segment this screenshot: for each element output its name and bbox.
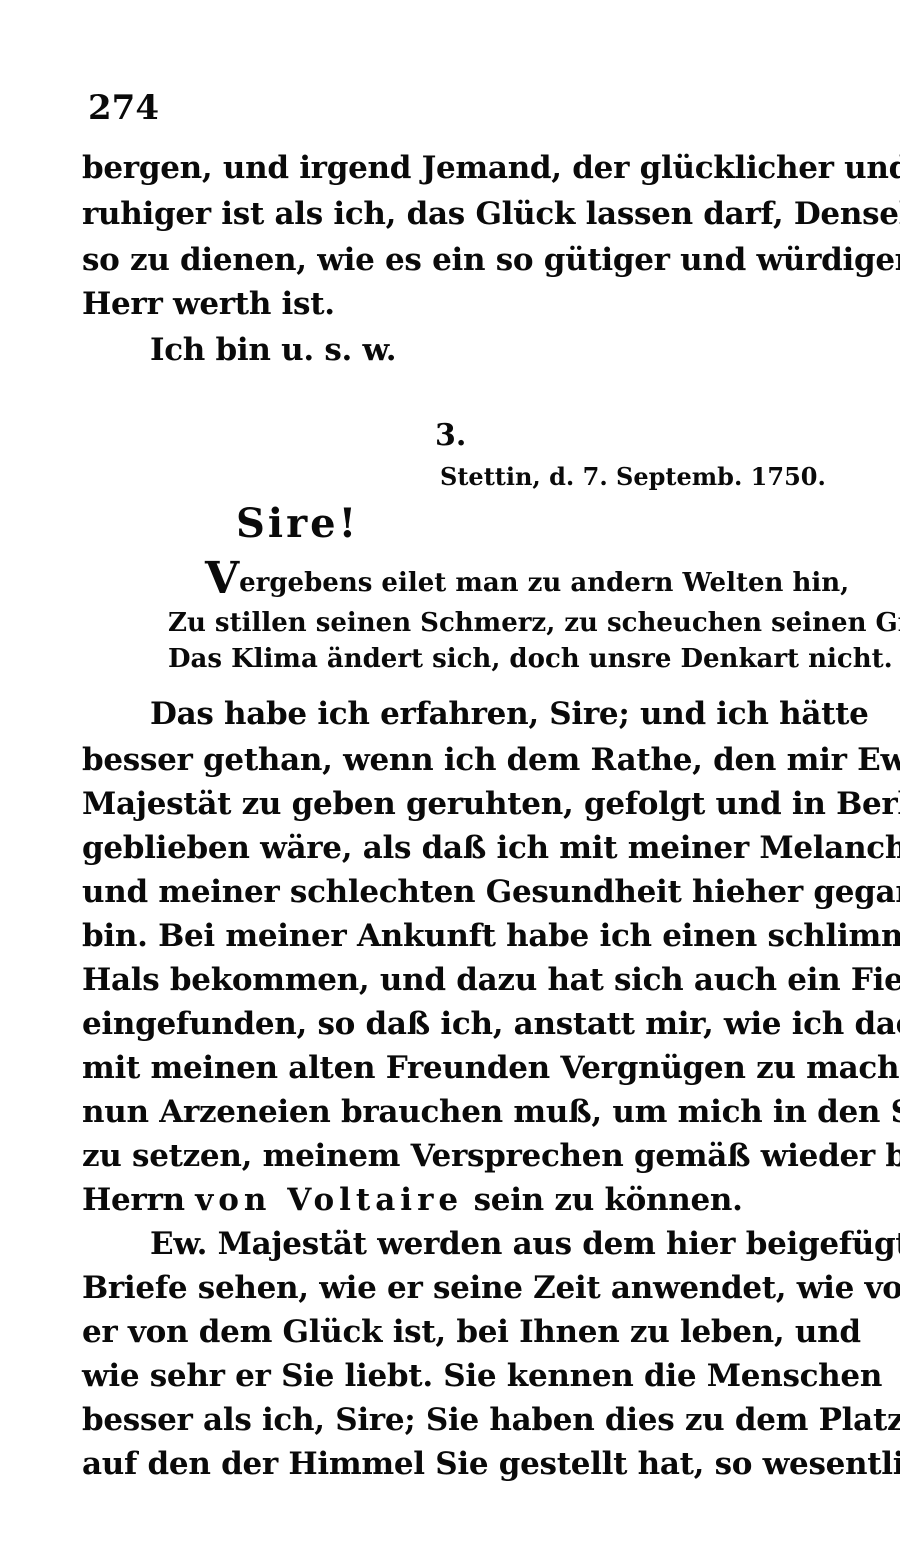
- page-number: 274: [88, 88, 159, 128]
- verse-line: Vergebens eilet man zu andern Welten hin…: [205, 562, 849, 600]
- paragraph-line: Das habe ich erfahren, Sire; und ich hät…: [150, 694, 810, 734]
- paragraph-line: Ew. Majestät werden aus dem hier beigefü…: [150, 1224, 810, 1264]
- paragraph-text: Herrn: [82, 1182, 195, 1218]
- paragraph-line: auf den der Himmel Sie gestellt hat, so …: [82, 1444, 810, 1484]
- paragraph-line: Briefe sehen, wie er seine Zeit anwendet…: [82, 1268, 810, 1308]
- paragraph-line: geblieben wäre, als daß ich mit meiner M…: [82, 828, 810, 868]
- paragraph-last-line: Herrn von Voltaire sein zu können.: [82, 1180, 810, 1220]
- verse-line: Zu stillen seinen Schmerz, zu scheuchen …: [168, 606, 900, 640]
- continuation-line: Herr werth ist.: [82, 284, 810, 324]
- paragraph-line: mit meinen alten Freunden Vergnügen zu m…: [82, 1048, 810, 1088]
- paragraph-line: Majestät zu geben geruhten, gefolgt und …: [82, 784, 810, 824]
- verse-dropcap: V: [205, 553, 239, 604]
- paragraph-line: wie sehr er Sie liebt. Sie kennen die Me…: [82, 1356, 810, 1396]
- closing-formula: Ich bin u. s. w.: [150, 330, 396, 370]
- verse-line-text: ergebens eilet man zu andern Welten hin,: [239, 568, 849, 598]
- paragraph-line: bin. Bei meiner Ankunft habe ich einen s…: [82, 916, 810, 956]
- paragraph-line: Hals bekommen, und dazu hat sich auch ei…: [82, 960, 810, 1000]
- verse-line: Das Klima ändert sich, doch unsre Denkar…: [168, 642, 893, 676]
- book-page: 274 bergen, und irgend Jemand, der glück…: [0, 0, 900, 1546]
- paragraph-line: eingefunden, so daß ich, anstatt mir, wi…: [82, 1004, 810, 1044]
- letter-number: 3.: [435, 418, 466, 453]
- person-name-voltaire: von Voltaire: [195, 1182, 463, 1218]
- paragraph-line: besser als ich, Sire; Sie haben dies zu …: [82, 1400, 810, 1440]
- letter-dateline: Stettin, d. 7. Septemb. 1750.: [440, 462, 826, 491]
- paragraph-line: besser gethan, wenn ich dem Rathe, den m…: [82, 740, 810, 780]
- paragraph-line: er von dem Glück ist, bei Ihnen zu leben…: [82, 1312, 810, 1352]
- paragraph-line: und meiner schlechten Gesundheit hieher …: [82, 872, 810, 912]
- continuation-line: ruhiger ist als ich, das Glück lassen da…: [82, 194, 810, 234]
- paragraph-line: nun Arzeneien brauchen muß, um mich in d…: [82, 1092, 810, 1132]
- paragraph-line: zu setzen, meinem Versprechen gemäß wied…: [82, 1136, 810, 1176]
- continuation-line: bergen, und irgend Jemand, der glücklich…: [82, 148, 810, 188]
- continuation-line: so zu dienen, wie es ein so gütiger und …: [82, 240, 810, 280]
- letter-salutation: Sire!: [236, 500, 359, 547]
- paragraph-text: sein zu können.: [463, 1182, 743, 1218]
